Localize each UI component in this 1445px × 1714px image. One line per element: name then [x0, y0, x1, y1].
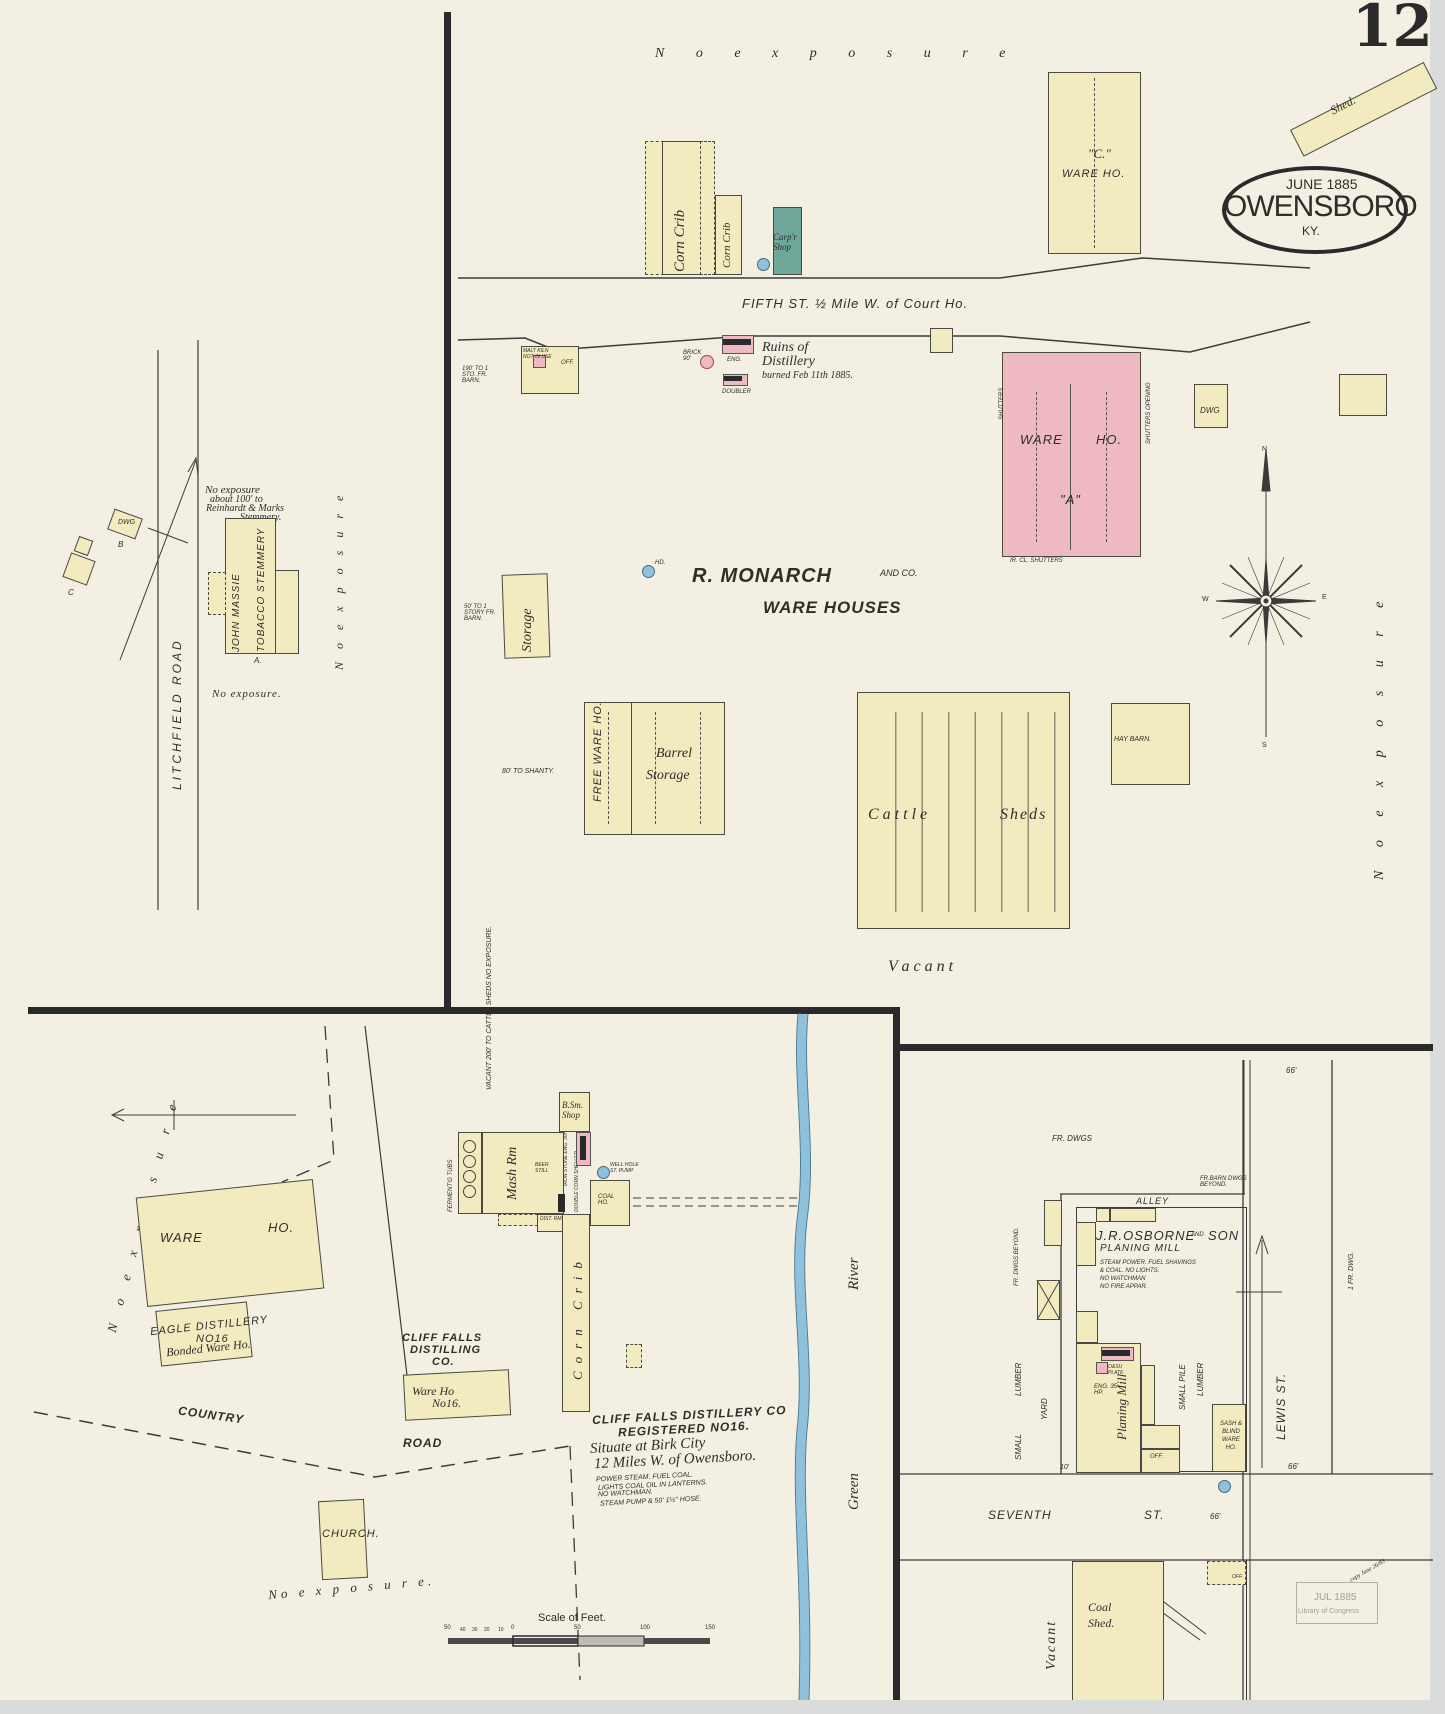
fr-dwgs-beyond-label: FR. DWGS BEYOND.	[1014, 1227, 1020, 1286]
coal-shed	[1072, 1561, 1164, 1700]
office-upper	[1141, 1425, 1180, 1449]
width-10: 10'	[1060, 1464, 1069, 1471]
seventh-street-label: SEVENTH	[988, 1508, 1052, 1522]
lewis-street-label: LEWIS ST.	[1274, 1373, 1288, 1440]
vacant-bottom-label: Vacant	[1044, 1620, 1060, 1670]
sash-blind: BLIND	[1222, 1429, 1240, 1435]
width-66-street: 66'	[1210, 1512, 1220, 1521]
lumber-yard-lumber: LUMBER	[1014, 1363, 1023, 1396]
planing-mill-label: Planing Mill	[1114, 1374, 1130, 1440]
sash-blind-label: SASH & BLIND WARE HO.	[1216, 1420, 1246, 1452]
office	[1141, 1449, 1180, 1473]
seventh-street-st: ST.	[1144, 1508, 1165, 1522]
width-66-mid: 66'	[1288, 1462, 1298, 1471]
sash-amp: &	[1238, 1421, 1242, 1427]
mill-stack-icon	[1096, 1362, 1108, 1374]
building-j-office: OFF.	[1232, 1574, 1243, 1580]
library-stamp-name: Library of Congress	[1298, 1608, 1359, 1615]
mill-boiler	[1102, 1350, 1130, 1356]
lumber-label: LUMBER	[1196, 1363, 1205, 1396]
coal-shed-label-2: Shed.	[1088, 1616, 1114, 1631]
planing-mill-wing	[1141, 1365, 1155, 1425]
planing-mill	[1076, 1343, 1141, 1473]
sanborn-map-sheet: 12 JUNE 1885 OWENSBORO KY. Shed. N o e x…	[0, 0, 1430, 1700]
lot-line-right	[1246, 1560, 1247, 1700]
lumber-yard-yard: YARD	[1040, 1398, 1049, 1420]
building-j	[1207, 1561, 1246, 1585]
coal-shed-label-1: Coal	[1088, 1600, 1111, 1615]
sash-ho: HO.	[1226, 1445, 1237, 1451]
library-stamp	[1296, 1582, 1378, 1624]
office-label: OFF.	[1150, 1454, 1163, 1460]
lumber-yard-small: SMALL	[1014, 1434, 1023, 1460]
building-e	[1076, 1311, 1098, 1343]
small-pile-label: SMALL PILE	[1178, 1364, 1187, 1410]
library-stamp-date: JUL 1885	[1314, 1592, 1356, 1603]
hydrant-icon	[1218, 1480, 1231, 1493]
one-fr-dwg-label: 1 FR. DWG.	[1348, 1252, 1355, 1290]
sash-ware: WARE	[1222, 1437, 1240, 1443]
sash-text: SASH	[1220, 1421, 1236, 1427]
